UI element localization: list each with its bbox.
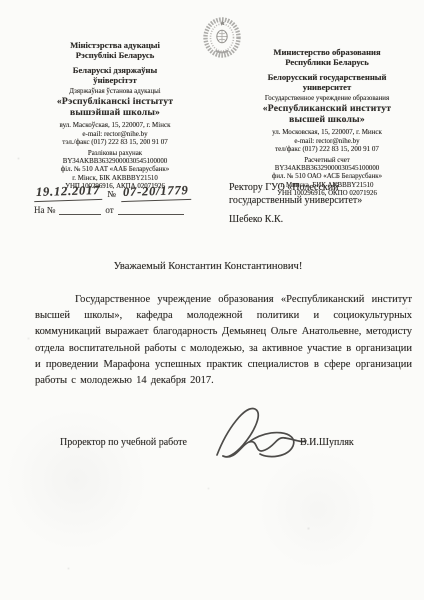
addressee-line2: государственный университет» (229, 195, 411, 208)
institution-name-by: «Рэспубліканскі інстытут (26, 96, 204, 107)
reference-block: 19.12.2017 № 07-20/1779 На № от (34, 184, 214, 215)
address-ru: ул. Московская, 15, 220007, г. Минск (232, 128, 422, 137)
handwritten-outgoing-number: 07-20/1779 (121, 183, 191, 202)
email-by: e-mail: rector@nihe.by (26, 130, 204, 139)
number-sign: № (107, 189, 116, 201)
addressee-line1: Ректору ГУО «Полесский (229, 182, 411, 195)
handwritten-signature-icon (207, 399, 311, 471)
reply-from-label: от (105, 205, 113, 215)
letter-body: Государственное учреждение образования «… (35, 292, 412, 389)
account-label-by: Разліковы рахунак (26, 150, 204, 158)
addressee-name: Шебеко К.К. (229, 214, 411, 227)
university-name-by: Беларускі дзяржаўны (26, 65, 204, 75)
salutation: Уважаемый Константин Константинович! (0, 261, 416, 272)
signer-name: В.И.Шупляк (300, 437, 354, 448)
bank-city-by: г. Мінск, БІК AKBBBY21510 (26, 175, 204, 183)
ministry-name-by: Міністэрства адукацыі (26, 40, 204, 50)
phone-by: тэл./факс (017) 222 83 15, 200 91 07 (26, 138, 204, 147)
reply-to-label: На № (34, 205, 55, 215)
institution-name-ru: «Республиканский институт (232, 103, 422, 114)
signer-title: Проректор по учебной работе (60, 437, 187, 448)
institution-type-ru: Государственное учреждение образования (232, 95, 422, 103)
institution-type-by: Дзяржаўная ўстанова адукацыі (26, 88, 204, 96)
scan-noise (8, 8, 9, 9)
scanned-letter-page: Міністэрства адукацыі Рэспублікі Беларус… (0, 0, 424, 600)
ministry-name-ru: Министерство образования (232, 47, 422, 57)
handwritten-date: 19.12.2017 (34, 183, 103, 202)
phone-ru: тел/факс (017) 222 83 15, 200 91 07 (232, 145, 422, 154)
letterhead-left-column: Міністэрства адукацыі Рэспублікі Беларус… (26, 40, 204, 191)
university-name-ru: Белорусский государственный (232, 72, 422, 82)
reply-date-blank (118, 205, 184, 215)
letterhead-right-column: Министерство образования Республики Бела… (232, 47, 422, 198)
reply-number-blank (59, 205, 101, 215)
address-by: вул. Маскоўская, 15, 220007, г. Мінск (26, 121, 204, 130)
account-label-ru: Расчетный счет (232, 157, 422, 165)
email-ru: e-mail: rector@nihe.by (232, 137, 422, 146)
addressee-block: Ректору ГУО «Полесский государственный у… (229, 182, 411, 227)
bank-branch-by: філ. № 510 ААТ «ААБ Беларусбанк» (26, 166, 204, 174)
bank-branch-ru: фил. № 510 ОАО «АСБ Беларусбанк» (232, 173, 422, 181)
